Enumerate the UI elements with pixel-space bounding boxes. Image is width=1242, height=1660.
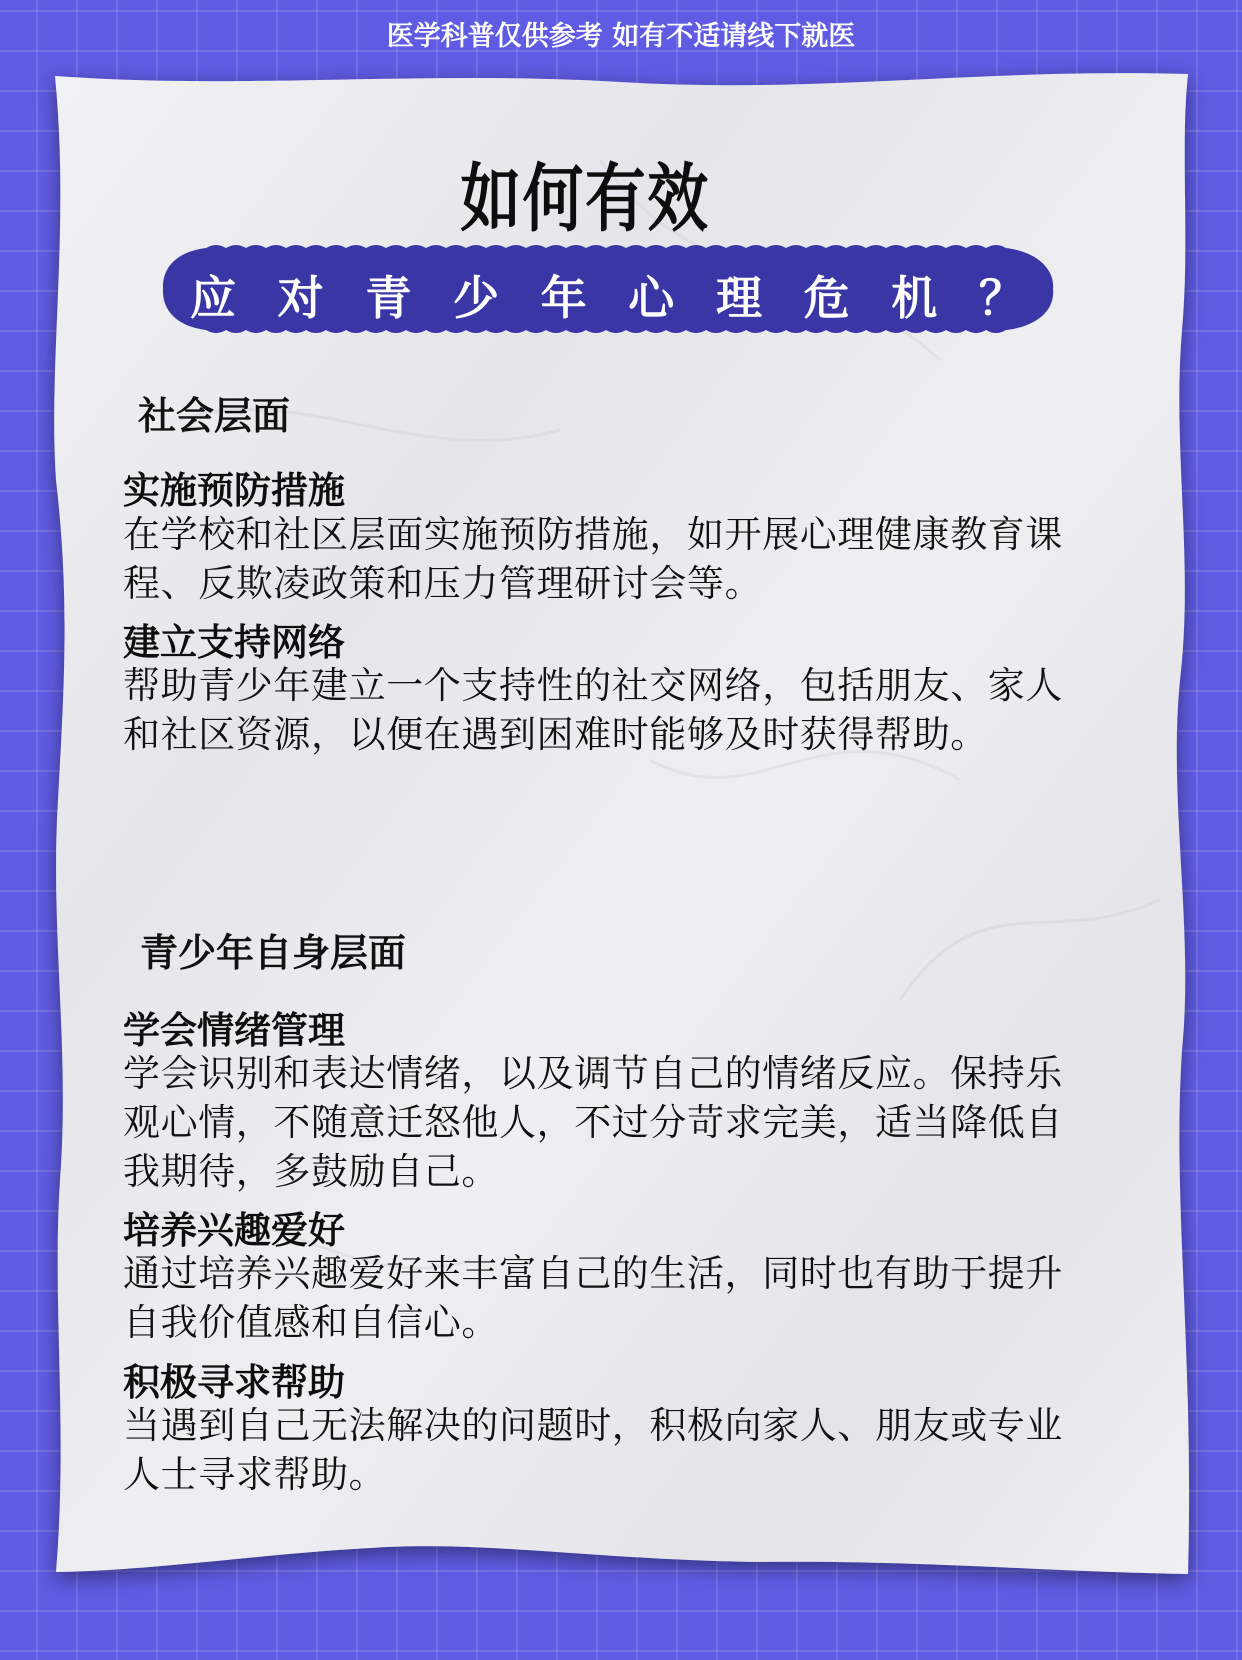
page-title: 如何有效 bbox=[105, 140, 1064, 246]
subtitle-char: 年 bbox=[541, 262, 587, 328]
subtitle-char: 心 bbox=[628, 262, 674, 328]
item-title-support-network: 建立支持网络 bbox=[123, 612, 345, 666]
subtitle-char: 危 bbox=[804, 262, 850, 328]
subtitle-char: 应 bbox=[190, 262, 236, 328]
item-title-emotion: 学会情绪管理 bbox=[123, 1000, 345, 1054]
subtitle-char: 青 bbox=[365, 262, 411, 328]
item-title-seek-help: 积极寻求帮助 bbox=[123, 1352, 345, 1406]
item-body-hobbies: 通过培养兴趣爱好来丰富自己的生活，同时也有助于提升自我价值感和自信心。 bbox=[123, 1249, 1098, 1347]
item-body-support-network: 帮助青少年建立一个支持性的社交网络，包括朋友、家人和社区资源，以便在遇到困难时能… bbox=[123, 661, 1098, 759]
item-title-hobbies: 培养兴趣爱好 bbox=[123, 1200, 345, 1254]
section-heading-self: 青少年自身层面 bbox=[138, 922, 408, 977]
item-title-prevention: 实施预防措施 bbox=[123, 460, 345, 514]
item-body-seek-help: 当遇到自己无法解决的问题时，积极向家人、朋友或专业人士寻求帮助。 bbox=[123, 1401, 1098, 1499]
item-body-prevention: 在学校和社区层面实施预防措施，如开展心理健康教育课程、反欺凌政策和压力管理研讨会… bbox=[123, 510, 1098, 608]
subtitle-char: 对 bbox=[278, 262, 324, 328]
subtitle-char: ？ bbox=[979, 262, 1025, 328]
subtitle: 应 对 青 少 年 心 理 危 机 ？ bbox=[160, 262, 1055, 328]
subtitle-char: 少 bbox=[453, 262, 499, 328]
subtitle-char: 理 bbox=[716, 262, 762, 328]
section-heading-social: 社会层面 bbox=[136, 385, 292, 440]
item-body-emotion: 学会识别和表达情绪，以及调节自己的情绪反应。保持乐观心情，不随意迁怒他人，不过分… bbox=[123, 1049, 1098, 1196]
subtitle-char: 机 bbox=[891, 262, 937, 328]
